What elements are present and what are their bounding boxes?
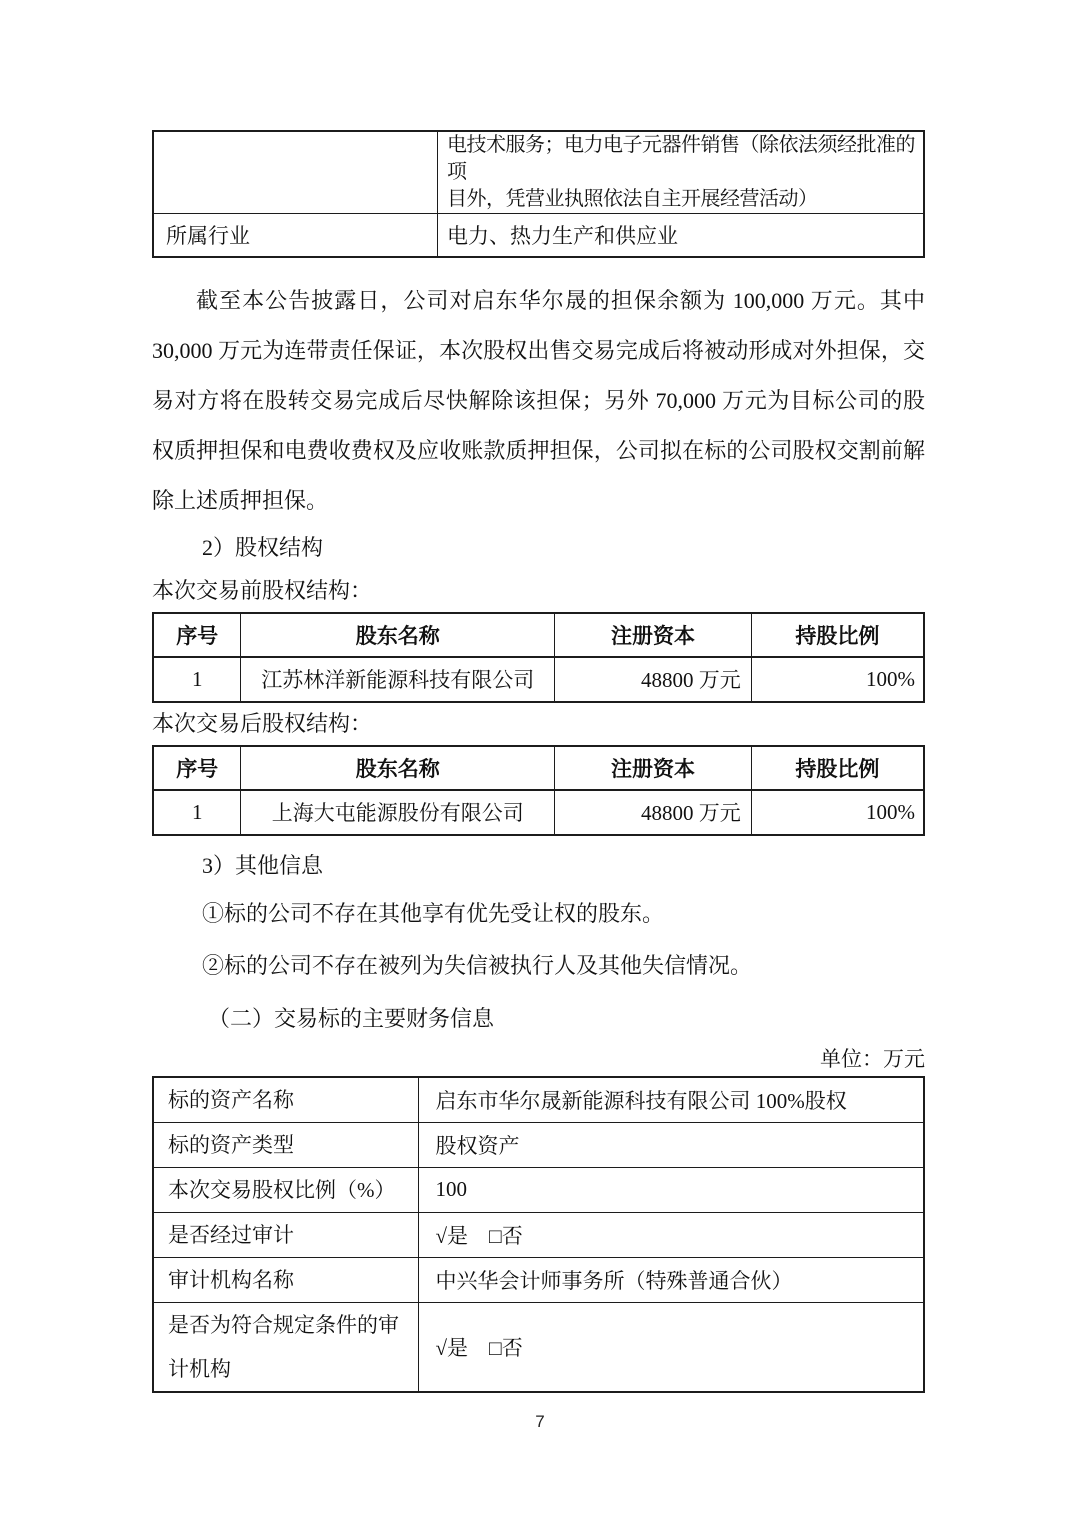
header-capital: 注册资本 [555,746,752,790]
table-row: 标的资产类型 股权资产 [153,1122,924,1167]
business-info-table: 电技术服务；电力电子元器件销售（除依法须经批准的项 目外，凭营业执照依法自主开展… [152,130,925,258]
header-ratio: 持股比例 [751,613,924,657]
guarantee-paragraph: 截至本公告披露日，公司对启东华尔晟的担保余额为 100,000 万元。其中 30… [152,276,925,526]
header-index: 序号 [153,746,241,790]
cell-ratio: 100% [751,790,924,835]
qualified-auditor-label-cell: 是否为符合规定条件的审 计机构 [153,1302,419,1392]
financial-info-heading: （二）交易标的主要财务信息 [152,996,925,1042]
industry-value-cell: 电力、热力生产和供应业 [437,214,924,257]
audited-checkbox-cell: √是 □否 [419,1212,924,1257]
other-info-heading: 3）其他信息 [152,844,925,888]
table-row: 本次交易股权比例（%） 100 [153,1167,924,1212]
pre-transaction-share-table: 序号 股东名称 注册资本 持股比例 1 江苏林洋新能源科技有限公司 48800 … [152,612,925,703]
other-info-item-1: ①标的公司不存在其他享有优先受让权的股东。 [152,888,925,940]
equity-ratio-value-cell: 100 [419,1167,924,1212]
audit-firm-label-cell: 审计机构名称 [153,1257,419,1302]
business-scope-continued-cell: 电技术服务；电力电子元器件销售（除依法须经批准的项 目外，凭营业执照依法自主开展… [437,131,924,214]
financial-info-table: 标的资产名称 启东市华尔晟新能源科技有限公司 100%股权 标的资产类型 股权资… [152,1076,925,1393]
document-content: 电技术服务；电力电子元器件销售（除依法须经批准的项 目外，凭营业执照依法自主开展… [152,0,925,1393]
cell-capital: 48800 万元 [555,657,752,702]
table-row: 是否经过审计 √是 □否 [153,1212,924,1257]
asset-type-value-cell: 股权资产 [419,1122,924,1167]
table-row: 是否为符合规定条件的审 计机构 √是 □否 [153,1302,924,1392]
table-row: 电技术服务；电力电子元器件销售（除依法须经批准的项 目外，凭营业执照依法自主开展… [153,131,924,214]
other-info-item-2: ②标的公司不存在被列为失信被执行人及其他失信情况。 [152,940,925,992]
table-row: 标的资产名称 启东市华尔晟新能源科技有限公司 100%股权 [153,1077,924,1123]
equity-structure-heading: 2）股权结构 [152,526,925,570]
post-transaction-caption: 本次交易后股权结构： [152,703,925,745]
qualified-auditor-checkbox-cell: √是 □否 [419,1302,924,1392]
post-transaction-share-table: 序号 股东名称 注册资本 持股比例 1 上海大屯能源股份有限公司 48800 万… [152,745,925,836]
cell-index: 1 [153,790,241,835]
table-row: 审计机构名称 中兴华会计师事务所（特殊普通合伙） [153,1257,924,1302]
header-shareholder: 股东名称 [241,613,555,657]
cell-shareholder: 上海大屯能源股份有限公司 [241,790,555,835]
unit-label: 单位：万元 [152,1042,925,1076]
table-row: 所属行业 电力、热力生产和供应业 [153,214,924,257]
audit-firm-value-cell: 中兴华会计师事务所（特殊普通合伙） [419,1257,924,1302]
header-shareholder: 股东名称 [241,746,555,790]
asset-name-label-cell: 标的资产名称 [153,1077,419,1123]
cell-capital: 48800 万元 [555,790,752,835]
table-header-row: 序号 股东名称 注册资本 持股比例 [153,613,924,657]
industry-label-cell: 所属行业 [153,214,437,257]
asset-name-value-cell: 启东市华尔晟新能源科技有限公司 100%股权 [419,1077,924,1123]
page-number: 7 [0,1412,1080,1432]
header-index: 序号 [153,613,241,657]
table-header-row: 序号 股东名称 注册资本 持股比例 [153,746,924,790]
table-row: 1 上海大屯能源股份有限公司 48800 万元 100% [153,790,924,835]
table-row: 1 江苏林洋新能源科技有限公司 48800 万元 100% [153,657,924,702]
cell-ratio: 100% [751,657,924,702]
cell-index: 1 [153,657,241,702]
empty-label-cell [153,131,437,214]
equity-ratio-label-cell: 本次交易股权比例（%） [153,1167,419,1212]
audited-label-cell: 是否经过审计 [153,1212,419,1257]
pre-transaction-caption: 本次交易前股权结构： [152,570,925,612]
document-page: 电技术服务；电力电子元器件销售（除依法须经批准的项 目外，凭营业执照依法自主开展… [0,0,1080,1527]
asset-type-label-cell: 标的资产类型 [153,1122,419,1167]
cell-shareholder: 江苏林洋新能源科技有限公司 [241,657,555,702]
header-ratio: 持股比例 [751,746,924,790]
header-capital: 注册资本 [555,613,752,657]
